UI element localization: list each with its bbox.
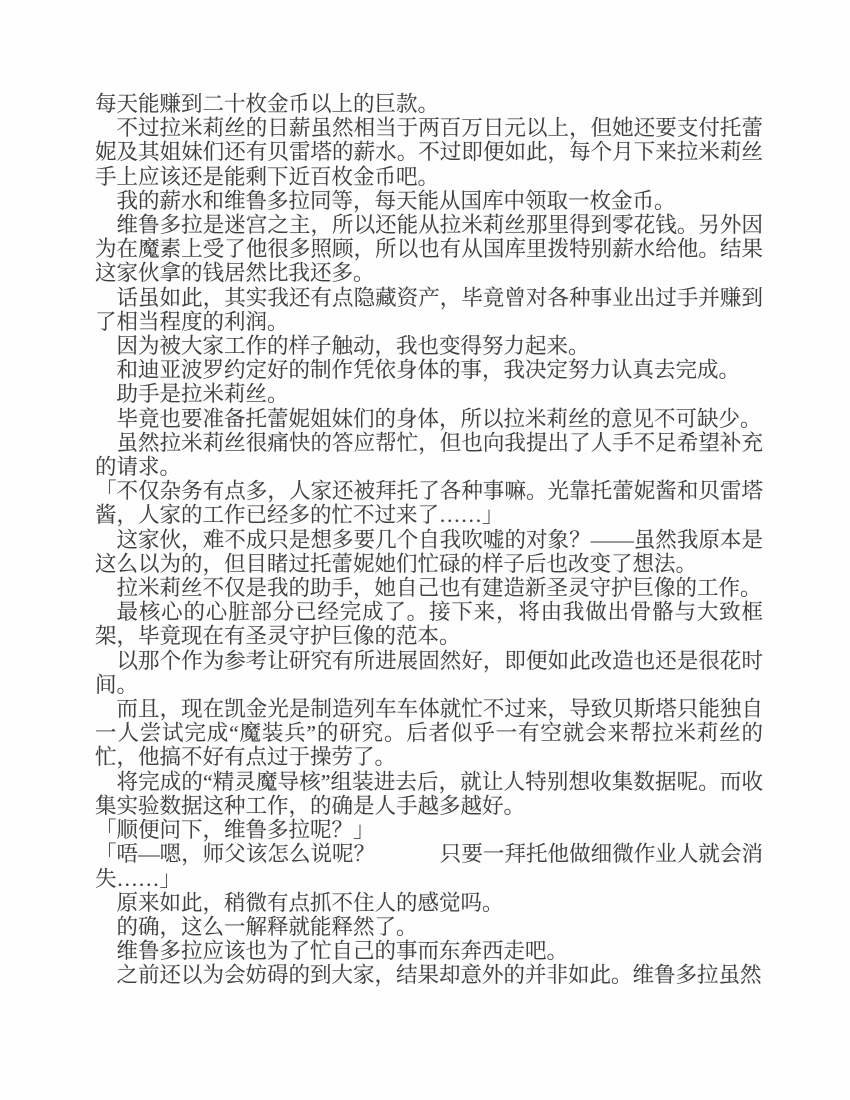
paragraph: 将完成的“精灵魔导核”组装进去后，就让人特别想收集数据呢。而收集实验数据这种工作…: [95, 770, 763, 818]
paragraph: 助手是拉米莉丝。: [95, 382, 763, 406]
novel-text-block: 每天能赚到二十枚金币以上的巨款。 不过拉米莉丝的日薪虽然相当于两百万日元以上，但…: [95, 92, 763, 988]
paragraph: 毕竟也要准备托蕾妮姐妹们的身体，所以拉米莉丝的意见不可缺少。: [95, 407, 763, 431]
paragraph: 因为被大家工作的样子触动，我也变得努力起来。: [95, 334, 763, 358]
paragraph: 维鲁多拉是迷宫之主，所以还能从拉米莉丝那里得到零花钱。另外因为在魔素上受了他很多…: [95, 213, 763, 286]
paragraph: 不过拉米莉丝的日薪虽然相当于两百万日元以上，但她还要支付托蕾妮及其姐妹们还有贝雷…: [95, 116, 763, 189]
paragraph: 最核心的心脏部分已经完成了。接下来，将由我做出骨骼与大致框架，毕竟现在有圣灵守护…: [95, 600, 763, 648]
paragraph: 我的薪水和维鲁多拉同等，每天能从国库中领取一枚金币。: [95, 189, 763, 213]
novel-scan-page: 每天能赚到二十枚金币以上的巨款。 不过拉米莉丝的日薪虽然相当于两百万日元以上，但…: [0, 0, 850, 1100]
paragraph: 每天能赚到二十枚金币以上的巨款。: [95, 92, 763, 116]
dialogue-paragraph: 「不仅杂务有点多，人家还被拜托了各种事嘛。光靠托蕾妮酱和贝雷塔酱，人家的工作已经…: [95, 479, 763, 527]
paragraph: 原来如此，稍微有点抓不住人的感觉吗。: [95, 891, 763, 915]
paragraph: 虽然拉米莉丝很痛快的答应帮忙，但也向我提出了人手不足希望补充的请求。: [95, 431, 763, 479]
dialogue-paragraph: 「顺便问下，维鲁多拉呢？」: [95, 818, 763, 842]
paragraph: 这家伙，难不成只是想多要几个自我吹嘘的对象？——虽然我原本是这么以为的，但目睹过…: [95, 528, 763, 576]
dialogue-paragraph: 「唔—嗯，师父该怎么说呢？ 只要一拜托他做细微作业人就会消失……」: [95, 842, 763, 890]
paragraph: 话虽如此，其实我还有点隐藏资产，毕竟曾对各种事业出过手并赚到了相当程度的利润。: [95, 286, 763, 334]
paragraph: 以那个作为参考让研究有所进展固然好，即便如此改造也还是很花时间。: [95, 649, 763, 697]
paragraph: 拉米莉丝不仅是我的助手，她自己也有建造新圣灵守护巨像的工作。: [95, 576, 763, 600]
paragraph: 和迪亚波罗约定好的制作凭依身体的事，我决定努力认真去完成。: [95, 358, 763, 382]
paragraph: 之前还以为会妨碍的到大家，结果却意外的并非如此。维鲁多拉虽然: [95, 963, 763, 987]
paragraph: 而且，现在凯金光是制造列车车体就忙不过来，导致贝斯塔只能独自一人尝试完成“魔装兵…: [95, 697, 763, 770]
paragraph: 的确，这么一解释就能释然了。: [95, 915, 763, 939]
paragraph: 维鲁多拉应该也为了忙自己的事而东奔西走吧。: [95, 939, 763, 963]
